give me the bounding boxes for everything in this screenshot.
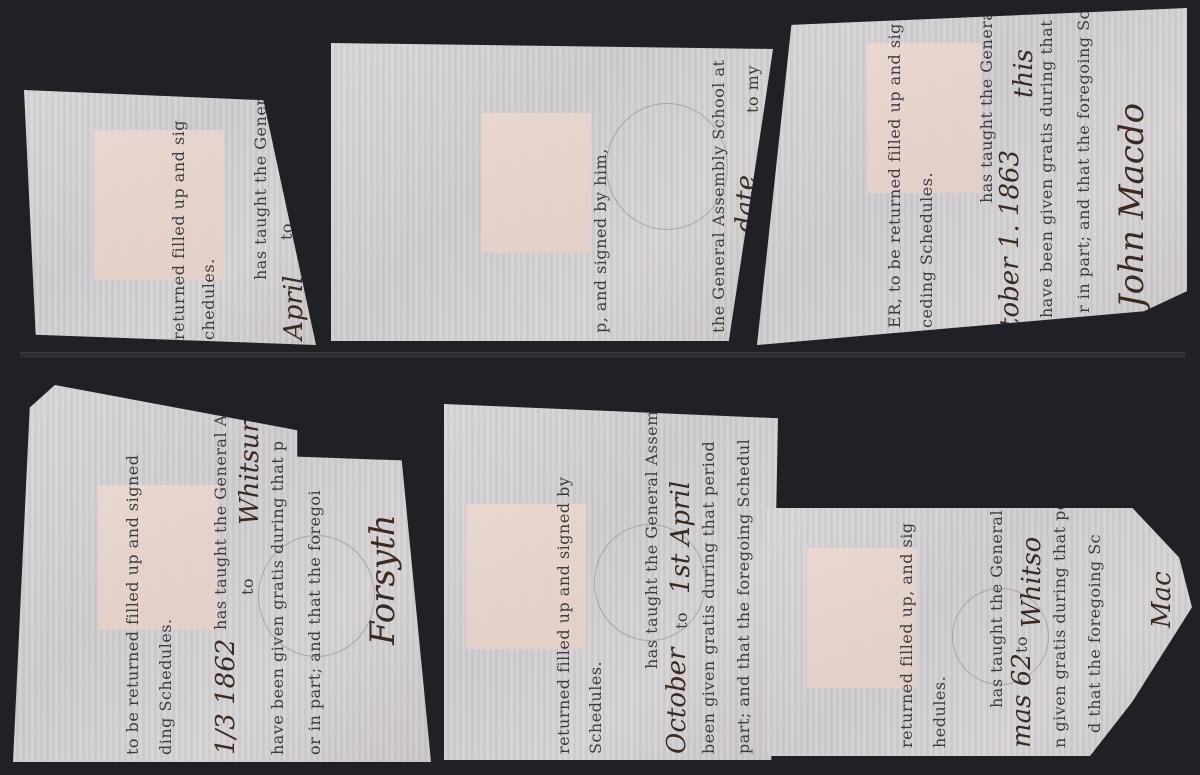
- printed-line: returned filled up and sig: [169, 120, 188, 340]
- printed-line: have been given gratis during that p: [268, 440, 287, 755]
- paper-fragment-4: to be returned filled up and signed ding…: [13, 385, 431, 762]
- mount-divider: [20, 352, 1185, 358]
- printed-line: been given gratis during that period: [699, 441, 718, 754]
- handwriting: this: [1009, 49, 1039, 98]
- printed-line: hedules.: [930, 676, 949, 748]
- printed-line: chedules.: [199, 258, 218, 340]
- printed-line: to: [1012, 636, 1031, 653]
- printed-line: to: [277, 223, 296, 240]
- stamp-outline: [481, 113, 591, 253]
- paper-fragment-2: p, and signed by him, the General Assemb…: [331, 43, 773, 341]
- paper-fragment-3: ER, to be returned filled up and sig ced…: [757, 8, 1187, 345]
- handwriting: 1/3 1862: [211, 639, 241, 755]
- stamp-outline: [98, 485, 218, 630]
- printed-line: returned filled up, and sig: [897, 522, 916, 748]
- paper-fragment-1: returned filled up and sig chedules. has…: [24, 90, 316, 345]
- handwriting: 1st April: [666, 481, 696, 594]
- handwriting: Forsyth: [363, 514, 403, 645]
- printed-line: part; and that the foregoing Schedul: [734, 439, 753, 754]
- printed-line: to: [672, 612, 691, 629]
- printed-line: to be returned filled up and signed: [123, 454, 142, 755]
- printed-line: has taught the General As: [211, 406, 230, 630]
- printed-line: p, and signed by him,: [591, 148, 610, 333]
- printed-line: ER, to be returned filled up and sig: [885, 23, 904, 328]
- printed-line: r in part; and that the foregoing Sc: [1074, 10, 1093, 313]
- handwriting: Whitso: [1017, 537, 1047, 628]
- printed-line: has taught the General: [987, 510, 1006, 708]
- printed-line: has taught the General: [977, 5, 996, 203]
- handwriting: Whitsun: [235, 416, 265, 525]
- paper-fragment-6: returned filled up, and sig hedules. has…: [767, 508, 1192, 756]
- handwriting: 1st: [279, 160, 309, 200]
- handwriting: October: [662, 648, 692, 754]
- printed-line: have been given gratis during that p: [1037, 3, 1056, 318]
- printed-line: Schedules.: [586, 661, 605, 754]
- printed-line: ceding Schedules.: [917, 172, 936, 328]
- handwriting: tober 1. 1863: [995, 150, 1025, 328]
- printed-line: returned filled up and signed by: [554, 477, 573, 754]
- handwriting: John Macdo: [1112, 103, 1152, 308]
- paper-fragment-5: returned filled up and signed by Schedul…: [444, 404, 778, 760]
- printed-line: or in part; and that the foregoi: [305, 490, 324, 755]
- printed-line: to: [238, 578, 257, 595]
- printed-line: d that the foregoing Sc: [1085, 534, 1104, 733]
- printed-line: to my: [743, 65, 762, 113]
- printed-line: has taught the General Assem: [642, 410, 661, 669]
- handwriting: mas 62: [1007, 653, 1037, 748]
- printed-line: the General Assembly School at: [709, 60, 728, 333]
- printed-line: has taught the Gener: [251, 98, 270, 280]
- printed-line: n given gratis during that pe: [1050, 500, 1069, 748]
- printed-line: ding Schedules.: [156, 618, 175, 755]
- handwriting: April: [279, 276, 309, 340]
- handwriting: Mac: [1147, 571, 1177, 628]
- handwriting: date: [731, 175, 761, 233]
